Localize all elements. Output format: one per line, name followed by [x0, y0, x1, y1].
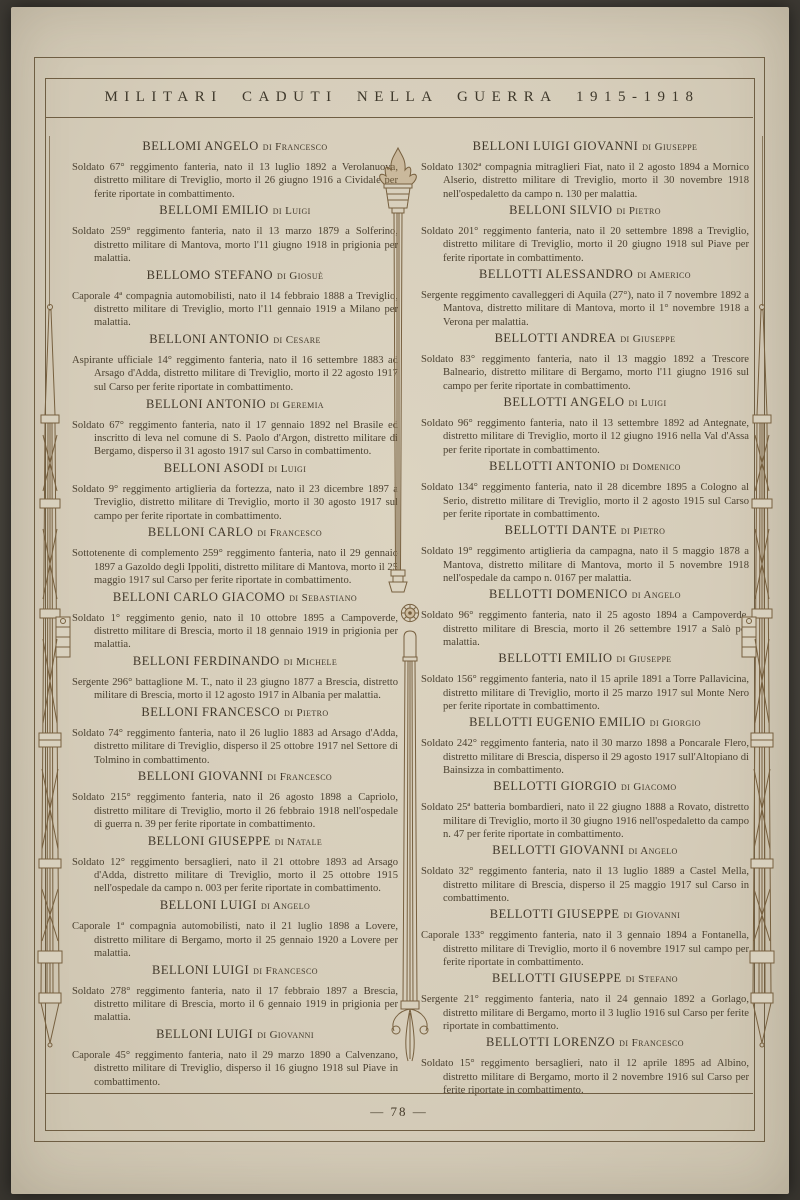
soldier-name: BELLONI SILVIO	[509, 203, 612, 217]
soldier-record-text: Soldato 67° reggimento fanteria, nato il…	[72, 161, 398, 201]
soldier-name-heading: BELLOTTI GIUSEPPE di Stefano	[421, 969, 749, 987]
soldier-father-name: di Luigi	[629, 397, 667, 409]
soldier-father-name: di Giovanni	[257, 1029, 314, 1041]
soldier-name: BELLONI CARLO GIACOMO	[113, 590, 285, 604]
soldier-record-text: Soldato 12° reggimento bersaglieri, nato…	[72, 856, 398, 896]
soldier-record-text: Soldato 156° reggimento fanteria, nato i…	[421, 673, 749, 713]
soldier-father-name: di Stefano	[626, 973, 678, 985]
soldier-name: BELLONI LUIGI	[160, 898, 257, 912]
soldier-entry: BELLOTTI EMILIO di GiuseppeSoldato 156° …	[421, 649, 749, 713]
soldier-father-name: di Giuseppe	[616, 653, 671, 665]
soldier-entry: BELLONI ASODI di LuigiSoldato 9° reggime…	[72, 459, 398, 523]
soldier-name: BELLONI LUIGI GIOVANNI	[473, 139, 639, 153]
soldier-record-text: Soldato 1302ª compagnia mitraglieri Fiat…	[421, 161, 749, 201]
soldier-name: BELLONI GIOVANNI	[138, 769, 263, 783]
soldier-name-heading: BELLOTTI EMILIO di Giuseppe	[421, 649, 749, 667]
soldier-record-text: Caporale 1ª compagnia automobilisti, nat…	[72, 920, 398, 960]
soldier-record-text: Sergente 21° reggimento fanteria, nato i…	[421, 993, 749, 1033]
soldier-entry: BELLOTTI ALESSANDRO di AmericoSergente r…	[421, 265, 749, 329]
soldier-name-heading: BELLONI ANTONIO di Geremia	[72, 395, 398, 413]
soldier-entry: BELLONI LUIGI di FrancescoSoldato 278° r…	[72, 961, 398, 1025]
soldier-name-heading: BELLONI FERDINANDO di Michele	[72, 652, 398, 670]
soldier-father-name: di Pietro	[284, 707, 328, 719]
soldier-name-heading: BELLOTTI ALESSANDRO di Americo	[421, 265, 749, 283]
soldier-father-name: di Geremia	[270, 399, 324, 411]
soldier-father-name: di Giacomo	[621, 781, 677, 793]
soldier-father-name: di Francesco	[253, 965, 318, 977]
soldier-name-heading: BELLOTTI GIORGIO di Giacomo	[421, 777, 749, 795]
fasces-thread-line	[49, 136, 50, 306]
soldier-name: BELLOTTI GIUSEPPE	[492, 971, 622, 985]
soldier-record-text: Soldato 67° reggimento fanteria, nato il…	[72, 419, 398, 459]
soldier-entry: BELLONI CARLO GIACOMO di SebastianoSolda…	[72, 588, 398, 652]
soldier-entry: BELLONI ANTONIO di CesareAspirante uffic…	[72, 330, 398, 394]
soldier-name-heading: BELLONI SILVIO di Pietro	[421, 201, 749, 219]
soldier-record-text: Soldato 83° reggimento fanteria, nato il…	[421, 353, 749, 393]
soldier-entry: BELLOTTI DANTE di PietroSoldato 19° regg…	[421, 521, 749, 585]
soldier-name: BELLOTTI GIORGIO	[493, 779, 617, 793]
soldier-name-heading: BELLONI ASODI di Luigi	[72, 459, 398, 477]
soldier-record-text: Sottotenente di complemento 259° reggime…	[72, 547, 398, 587]
soldier-record-text: Soldato 215° reggimento fanteria, nato i…	[72, 791, 398, 831]
soldier-name-heading: BELLONI FRANCESCO di Pietro	[72, 703, 398, 721]
soldier-father-name: di Giuseppe	[620, 333, 675, 345]
soldier-record-text: Soldato 96° reggimento fanteria, nato il…	[421, 609, 749, 649]
soldier-name-heading: BELLOTTI ANTONIO di Domenico	[421, 457, 749, 475]
soldier-name-heading: BELLONI GIUSEPPE di Natale	[72, 832, 398, 850]
soldier-name: BELLOMI EMILIO	[159, 203, 268, 217]
soldier-father-name: di Francesco	[263, 141, 328, 153]
soldier-father-name: di Francesco	[257, 527, 322, 539]
soldier-entry: BELLONI CARLO di FrancescoSottotenente d…	[72, 523, 398, 587]
soldier-name-heading: BELLOMI ANGELO di Francesco	[72, 137, 398, 155]
soldier-record-text: Aspirante ufficiale 14° reggimento fante…	[72, 354, 398, 394]
soldier-father-name: di Pietro	[621, 525, 665, 537]
soldier-record-text: Soldato 96° reggimento fanteria, nato il…	[421, 417, 749, 457]
soldier-name: BELLOTTI EMILIO	[498, 651, 612, 665]
soldier-entry: BELLONI LUIGI di AngeloCaporale 1ª compa…	[72, 896, 398, 960]
soldier-name-heading: BELLOTTI GIUSEPPE di Giovanni	[421, 905, 749, 923]
soldier-entry: BELLOMI ANGELO di FrancescoSoldato 67° r…	[72, 137, 398, 201]
soldier-name-heading: BELLONI ANTONIO di Cesare	[72, 330, 398, 348]
soldier-name: BELLOTTI ALESSANDRO	[479, 267, 633, 281]
soldier-name-heading: BELLONI LUIGI di Francesco	[72, 961, 398, 979]
screenshot-root: { "page": { "title": "MILITARI CADUTI NE…	[0, 0, 800, 1200]
soldier-record-text: Soldato 15° reggimento bersaglieri, nato…	[421, 1057, 749, 1097]
soldier-record-text: Soldato 32° reggimento fanteria, nato il…	[421, 865, 749, 905]
soldier-entry: BELLOTTI GIUSEPPE di StefanoSergente 21°…	[421, 969, 749, 1033]
soldier-name: BELLONI CARLO	[148, 525, 253, 539]
soldier-record-text: Soldato 242° reggimento fanteria, nato i…	[421, 737, 749, 777]
soldier-record-text: Soldato 1° reggimento genio, nato il 10 …	[72, 612, 398, 652]
soldier-father-name: di Cesare	[273, 334, 320, 346]
soldier-record-text: Sergente reggimento cavalleggeri di Aqui…	[421, 289, 749, 329]
soldier-entry: BELLONI LUIGI GIOVANNI di GiuseppeSoldat…	[421, 137, 749, 201]
soldier-father-name: di Francesco	[267, 771, 332, 783]
soldier-name-heading: BELLONI LUIGI di Angelo	[72, 896, 398, 914]
soldier-name: BELLOTTI GIOVANNI	[492, 843, 624, 857]
soldier-name: BELLONI GIUSEPPE	[148, 834, 271, 848]
soldier-name: BELLONI ANTONIO	[146, 397, 266, 411]
soldier-father-name: di Sebastiano	[289, 592, 357, 604]
soldier-name-heading: BELLOTTI LORENZO di Francesco	[421, 1033, 749, 1051]
soldier-record-text: Soldato 25ª batteria bombardieri, nato i…	[421, 801, 749, 841]
soldier-father-name: di Americo	[637, 269, 691, 281]
soldier-name: BELLOMI ANGELO	[142, 139, 258, 153]
page-number: — 78 —	[370, 1104, 428, 1120]
soldier-father-name: di Giorgio	[650, 717, 701, 729]
soldier-name-heading: BELLONI LUIGI GIOVANNI di Giuseppe	[421, 137, 749, 155]
soldier-name-heading: BELLOTTI DOMENICO di Angelo	[421, 585, 749, 603]
soldier-record-text: Sergente 296° battaglione M. T., nato il…	[72, 676, 398, 703]
soldier-entry: BELLOMO STEFANO di GiosuèCaporale 4ª com…	[72, 266, 398, 330]
soldier-name: BELLONI LUIGI	[152, 963, 249, 977]
soldier-entry: BELLOTTI EUGENIO EMILIO di GiorgioSoldat…	[421, 713, 749, 777]
soldier-name-heading: BELLOTTI EUGENIO EMILIO di Giorgio	[421, 713, 749, 731]
soldier-entry: BELLONI GIUSEPPE di NataleSoldato 12° re…	[72, 832, 398, 896]
soldier-record-text: Soldato 259° reggimento fanteria, nato i…	[72, 225, 398, 265]
soldier-entry: BELLOTTI DOMENICO di AngeloSoldato 96° r…	[421, 585, 749, 649]
soldier-father-name: di Angelo	[628, 845, 677, 857]
soldier-entry: BELLOTTI ANTONIO di DomenicoSoldato 134°…	[421, 457, 749, 521]
soldier-name-heading: BELLOMI EMILIO di Luigi	[72, 201, 398, 219]
soldier-record-text: Soldato 19° reggimento artiglieria da ca…	[421, 545, 749, 585]
soldier-father-name: di Angelo	[632, 589, 681, 601]
soldier-father-name: di Giovanni	[623, 909, 680, 921]
soldier-record-text: Soldato 201° reggimento fanteria, nato i…	[421, 225, 749, 265]
soldier-entry: BELLOTTI ANDREA di GiuseppeSoldato 83° r…	[421, 329, 749, 393]
soldiers-column-left: BELLOMI ANGELO di FrancescoSoldato 67° r…	[72, 137, 398, 1089]
soldier-name: BELLONI ASODI	[164, 461, 265, 475]
soldier-name-heading: BELLOTTI GIOVANNI di Angelo	[421, 841, 749, 859]
page-footer: — 78 —	[45, 1093, 753, 1130]
soldier-entry: BELLOTTI ANGELO di LuigiSoldato 96° regg…	[421, 393, 749, 457]
soldier-entry: BELLONI ANTONIO di GeremiaSoldato 67° re…	[72, 395, 398, 459]
soldier-name-heading: BELLONI LUIGI di Giovanni	[72, 1025, 398, 1043]
soldiers-column-right: BELLONI LUIGI GIOVANNI di GiuseppeSoldat…	[421, 137, 749, 1081]
book-page: MILITARI CADUTI NELLA GUERRA 1915-1918 B…	[11, 7, 789, 1194]
soldier-entry: BELLOTTI GIOVANNI di AngeloSoldato 32° r…	[421, 841, 749, 905]
soldier-entry: BELLOTTI GIUSEPPE di GiovanniCaporale 13…	[421, 905, 749, 969]
soldier-father-name: di Luigi	[268, 463, 306, 475]
soldier-name: BELLOTTI DANTE	[505, 523, 617, 537]
soldier-name: BELLONI LUIGI	[156, 1027, 253, 1041]
soldier-record-text: Soldato 134° reggimento fanteria, nato i…	[421, 481, 749, 521]
soldier-name: BELLOTTI ANGELO	[503, 395, 624, 409]
soldier-entry: BELLOMI EMILIO di LuigiSoldato 259° regg…	[72, 201, 398, 265]
soldier-name: BELLOTTI EUGENIO EMILIO	[469, 715, 646, 729]
soldier-record-text: Caporale 4ª compagnia automobilisti, nat…	[72, 290, 398, 330]
soldier-name: BELLOTTI LORENZO	[486, 1035, 615, 1049]
soldier-name: BELLOTTI DOMENICO	[489, 587, 628, 601]
page-title: MILITARI CADUTI NELLA GUERRA 1915-1918	[104, 89, 699, 106]
soldier-name: BELLONI FRANCESCO	[141, 705, 280, 719]
soldier-name: BELLOTTI GIUSEPPE	[490, 907, 620, 921]
soldier-entry: BELLOTTI LORENZO di FrancescoSoldato 15°…	[421, 1033, 749, 1097]
soldier-name: BELLONI FERDINANDO	[133, 654, 280, 668]
soldier-name: BELLOMO STEFANO	[147, 268, 273, 282]
soldier-father-name: di Luigi	[273, 205, 311, 217]
soldier-father-name: di Francesco	[619, 1037, 684, 1049]
soldier-name-heading: BELLOMO STEFANO di Giosuè	[72, 266, 398, 284]
soldier-father-name: di Giuseppe	[642, 141, 697, 153]
soldier-name-heading: BELLOTTI ANGELO di Luigi	[421, 393, 749, 411]
page-header: MILITARI CADUTI NELLA GUERRA 1915-1918	[45, 78, 753, 118]
soldier-entry: BELLONI FERDINANDO di MicheleSergente 29…	[72, 652, 398, 703]
soldier-father-name: di Angelo	[261, 900, 310, 912]
soldier-name-heading: BELLONI GIOVANNI di Francesco	[72, 767, 398, 785]
soldier-name-heading: BELLONI CARLO GIACOMO di Sebastiano	[72, 588, 398, 606]
soldier-name-heading: BELLOTTI ANDREA di Giuseppe	[421, 329, 749, 347]
soldier-name: BELLONI ANTONIO	[149, 332, 269, 346]
soldier-father-name: di Pietro	[616, 205, 660, 217]
soldier-name-heading: BELLOTTI DANTE di Pietro	[421, 521, 749, 539]
soldier-record-text: Caporale 45° reggimento fanteria, nato i…	[72, 1049, 398, 1089]
soldier-entry: BELLOTTI GIORGIO di GiacomoSoldato 25ª b…	[421, 777, 749, 841]
soldier-father-name: di Natale	[275, 836, 322, 848]
soldier-entry: BELLONI LUIGI di GiovanniCaporale 45° re…	[72, 1025, 398, 1089]
soldier-name: BELLOTTI ANTONIO	[489, 459, 616, 473]
soldier-record-text: Soldato 9° reggimento artiglieria da for…	[72, 483, 398, 523]
soldier-father-name: di Michele	[284, 656, 337, 668]
soldier-entry: BELLONI GIOVANNI di FrancescoSoldato 215…	[72, 767, 398, 831]
soldier-father-name: di Domenico	[620, 461, 681, 473]
fasces-thread-line	[762, 136, 763, 306]
soldier-name: BELLOTTI ANDREA	[495, 331, 617, 345]
soldier-entry: BELLONI FRANCESCO di PietroSoldato 74° r…	[72, 703, 398, 767]
soldier-record-text: Soldato 278° reggimento fanteria, nato i…	[72, 985, 398, 1025]
soldier-record-text: Caporale 133° reggimento fanteria, nato …	[421, 929, 749, 969]
soldier-name-heading: BELLONI CARLO di Francesco	[72, 523, 398, 541]
soldier-record-text: Soldato 74° reggimento fanteria, nato il…	[72, 727, 398, 767]
soldier-entry: BELLONI SILVIO di PietroSoldato 201° reg…	[421, 201, 749, 265]
soldier-father-name: di Giosuè	[277, 270, 323, 282]
